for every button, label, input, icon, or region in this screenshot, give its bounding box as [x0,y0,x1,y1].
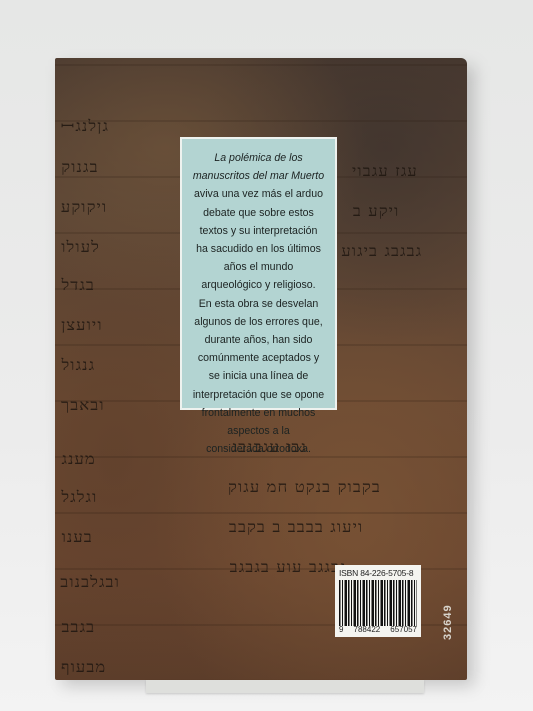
isbn-text: ISBN 84-226-5705-8 [339,568,417,578]
scroll-script-line: בענו [62,528,93,547]
blurb-line: interpretación que se opone [186,386,331,404]
blurb-line: arqueológico y religioso. [186,276,331,294]
scroll-script-line: בגדל [61,276,94,295]
barcode-digit-left: 9 [339,625,343,634]
scroll-script-line: ꟷגןלנג [61,116,109,136]
blurb-line: años el mundo [186,258,331,276]
acrylic-book-stand [146,680,424,693]
barcode-digits: 9 788422 657057 [339,625,417,634]
scroll-script-line: לעולו [61,238,100,257]
blurb-title-line: La polémica de los [186,149,331,167]
scroll-script-line: מענג [61,450,95,469]
scroll-script-line: עגז עגבוי [352,162,418,181]
scroll-script-line: גבגבג ביגוע [341,242,422,261]
scroll-script-line: בגנוק [61,158,98,177]
scroll-script-line: ובגלבנוב [60,573,120,592]
blurb-line: aspectos a la [186,422,331,440]
scroll-script-line: גבגגב עוע בגבגב [230,558,347,577]
scroll-script-line: בקבוק בנקט חמ עגוק [228,478,381,497]
barcode-bars [339,580,417,626]
blurb-line: aviva una vez más el arduo [186,185,331,203]
blurb-title-line: manuscritos del mar Muerto [186,167,331,185]
barcode-digit-mid: 788422 [354,625,381,634]
blurb-line: considerada ortodoxa. [186,440,331,458]
scroll-script-line: גנגול [61,356,95,375]
blurb-line: algunos de los errores que, [186,313,331,331]
barcode-digit-right: 657057 [390,625,417,634]
scroll-script-line: ויעוג בבבב ב בקבב [229,518,363,537]
blurb-line: durante años, han sido [186,331,331,349]
blurb-line: debate que sobre estos [186,204,331,222]
scroll-script-line: ויקוקע [61,198,107,217]
blurb-line: frontalmente en muchos [186,404,331,422]
blurb-box: La polémica de los manuscritos del mar M… [180,137,337,410]
blurb-line: En esta obra se desvelan [186,295,331,313]
scroll-script-line: ויועצן [61,316,103,335]
side-catalog-number: 32649 [442,604,454,640]
scroll-script-line: בגבב [61,618,95,637]
blurb-line: textos y su interpretación [186,222,331,240]
blurb-line: ha sacudido en los últimos [186,240,331,258]
blurb-line: se inicia una línea de [186,367,331,385]
scroll-script-line: וגלגל [61,488,97,507]
scroll-script-line: מבעוף [61,658,106,677]
blurb-line: comúnmente aceptados y [186,349,331,367]
scroll-script-line: ובאבך [61,396,105,415]
isbn-barcode-label: ISBN 84-226-5705-8 9 788422 657057 [335,565,421,637]
scroll-script-line: ויקע ב [353,202,400,221]
